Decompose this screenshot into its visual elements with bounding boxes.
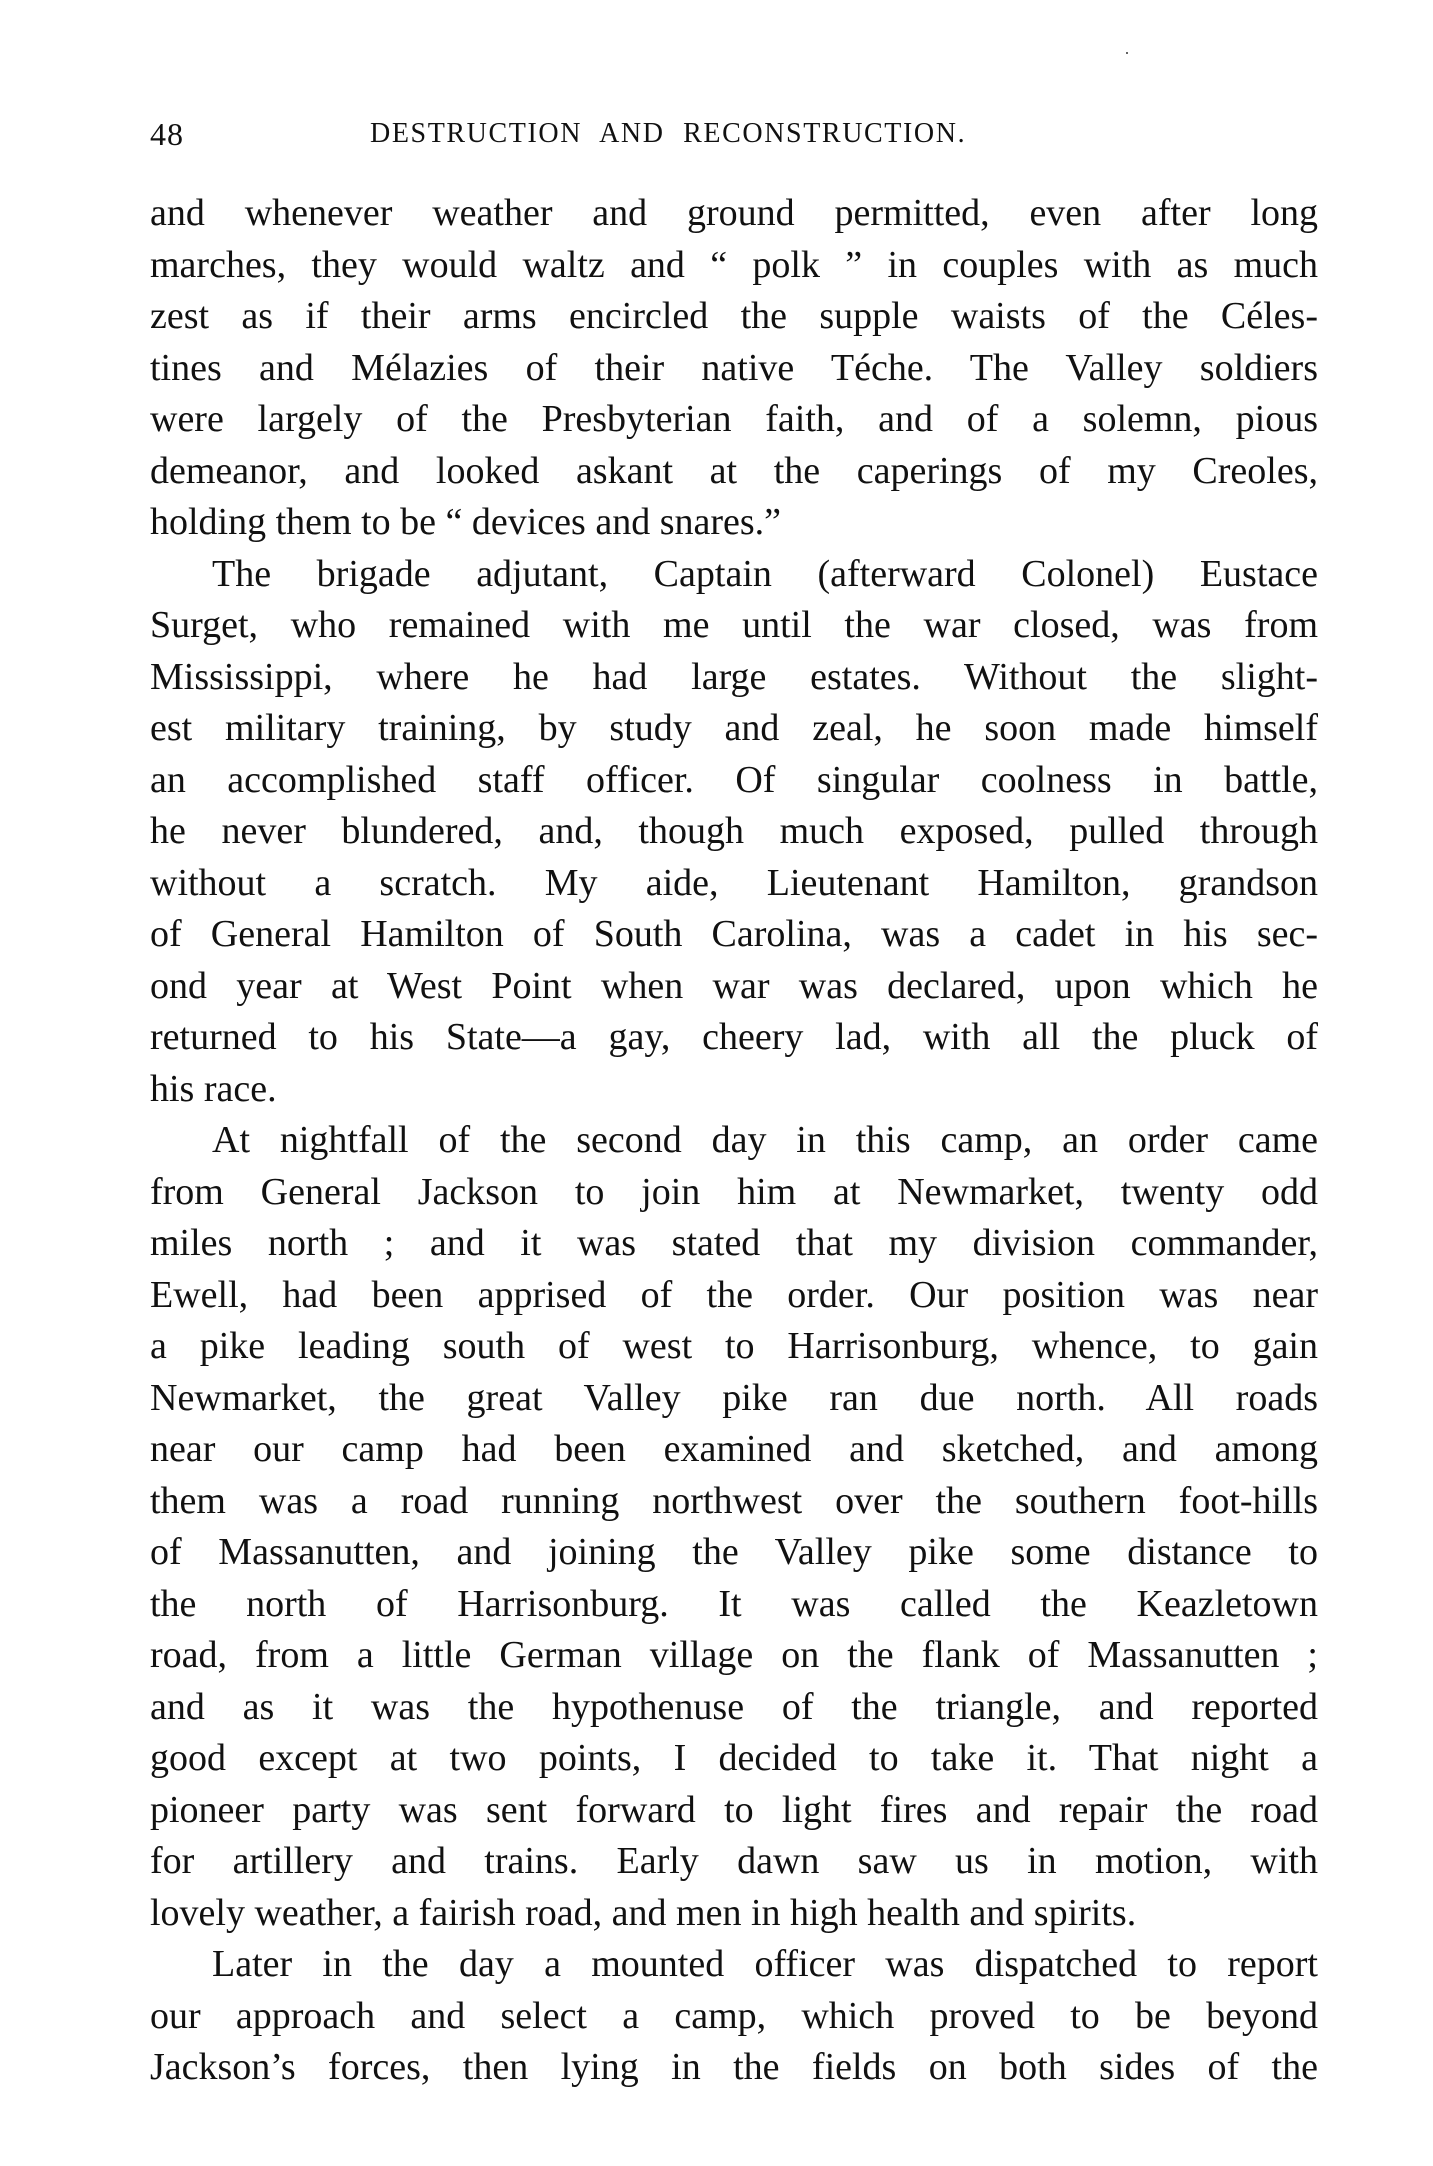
paragraph-brigade-adjutant: The brigade adjutant, Captain (afterward… (150, 549, 1318, 1116)
text-line: est military training, by study and zeal… (150, 703, 1318, 755)
text-line: pioneer party was sent forward to light … (150, 1785, 1318, 1837)
text-line: road, from a little German village on th… (150, 1630, 1318, 1682)
text-line: marches, they would waltz and “ polk ” i… (150, 240, 1318, 292)
text-line: tines and Mélazies of their native Téche… (150, 343, 1318, 395)
text-line: from General Jackson to join him at Newm… (150, 1167, 1318, 1219)
text-line: our approach and select a camp, which pr… (150, 1991, 1318, 2043)
text-line: them was a road running northwest over t… (150, 1476, 1318, 1528)
scan-speck (1126, 52, 1128, 54)
text-line: lovely weather, a fairish road, and men … (150, 1888, 1318, 1940)
text-line: of Massanutten, and joining the Valley p… (150, 1527, 1318, 1579)
text-line: Mississippi, where he had large estates.… (150, 652, 1318, 704)
text-line: his race. (150, 1064, 1318, 1116)
paragraph-continued: and whenever weather and ground permitte… (150, 188, 1318, 549)
text-line: Surget, who remained with me until the w… (150, 600, 1318, 652)
text-line: near our camp had been examined and sket… (150, 1424, 1318, 1476)
text-line: Newmarket, the great Valley pike ran due… (150, 1373, 1318, 1425)
text-line: and whenever weather and ground permitte… (150, 188, 1318, 240)
text-line: demeanor, and looked askant at the caper… (150, 446, 1318, 498)
text-line: for artillery and trains. Early dawn saw… (150, 1836, 1318, 1888)
text-line: without a scratch. My aide, Lieutenant H… (150, 858, 1318, 910)
text-line: Jackson’s forces, then lying in the fiel… (150, 2042, 1318, 2094)
text-line: returned to his State—a gay, cheery lad,… (150, 1012, 1318, 1064)
text-line: At nightfall of the second day in this c… (150, 1115, 1318, 1167)
text-line: the north of Harrisonburg. It was called… (150, 1579, 1318, 1631)
text-line: holding them to be “ devices and snares.… (150, 497, 1318, 549)
paragraph-nightfall-order: At nightfall of the second day in this c… (150, 1115, 1318, 1939)
text-line: an accomplished staff officer. Of singul… (150, 755, 1318, 807)
text-line: zest as if their arms encircled the supp… (150, 291, 1318, 343)
text-line: Ewell, had been apprised of the order. O… (150, 1270, 1318, 1322)
text-line: The brigade adjutant, Captain (afterward… (150, 549, 1318, 601)
running-head: 48 DESTRUCTION AND RECONSTRUCTION. (150, 112, 1320, 156)
text-line: he never blundered, and, though much exp… (150, 806, 1318, 858)
paragraph-mounted-officer: Later in the day a mounted officer was d… (150, 1939, 1318, 2094)
text-line: ond year at West Point when war was decl… (150, 961, 1318, 1013)
text-line: a pike leading south of west to Harrison… (150, 1321, 1318, 1373)
body-text: and whenever weather and ground permitte… (150, 188, 1318, 2094)
text-line: of General Hamilton of South Carolina, w… (150, 909, 1318, 961)
text-line: were largely of the Presbyterian faith, … (150, 394, 1318, 446)
page-number: 48 (150, 112, 184, 156)
text-line: good except at two points, I decided to … (150, 1733, 1318, 1785)
text-line: and as it was the hypothenuse of the tri… (150, 1682, 1318, 1734)
running-title: DESTRUCTION AND RECONSTRUCTION. (370, 112, 1108, 156)
text-line: miles north ; and it was stated that my … (150, 1218, 1318, 1270)
text-line: Later in the day a mounted officer was d… (150, 1939, 1318, 1991)
